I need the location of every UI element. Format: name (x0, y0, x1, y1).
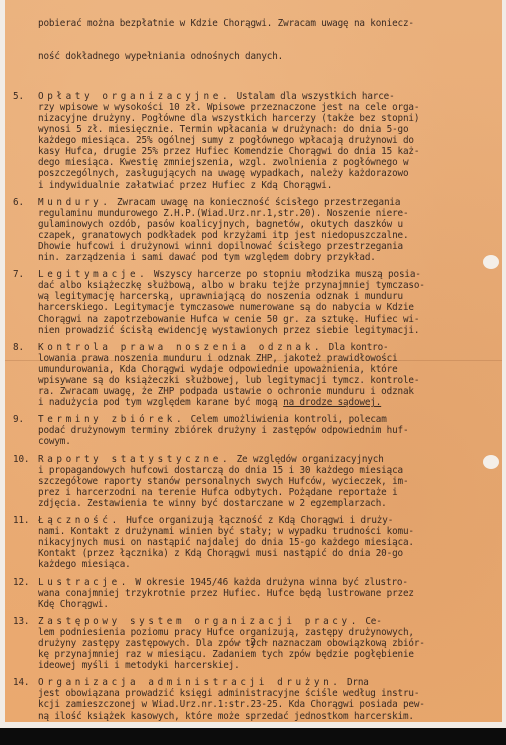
text-line: harcerskiego. Legitymacje tymczasowe num… (38, 302, 501, 313)
text-line: kasy Hufca, drugie 25% przez Hufiec Kome… (38, 146, 501, 157)
text-line: wynosi 5 zł. miesięcznie. Termin wpłacan… (38, 124, 501, 135)
scan-frame: pobierać można bezpłatnie w Kdzie Chorąg… (0, 0, 506, 728)
text-line: nami. Kontakt z drużynami winien być sta… (38, 526, 501, 537)
text-line: kę przynajmniej raz w miesiącu. Zadaniem… (38, 649, 501, 660)
section-number: 9. (13, 414, 37, 425)
text-line: Chorągwi na zapotrzebowanie Hufca w ceni… (38, 314, 501, 325)
text-line: wą legitymację harcerską, uprawniającą d… (38, 291, 501, 302)
section-heading: Łączność. (38, 515, 121, 526)
text-line: Ce- (360, 616, 382, 627)
typewritten-page: pobierać można bezpłatnie w Kdzie Chorąg… (5, 0, 502, 722)
section-number: 5. (13, 91, 37, 102)
section-number: 6. (13, 197, 37, 208)
text-line: szczegółowe raporty stanów personalnych … (38, 476, 501, 487)
text-line: czapek, granatowych podkładek pod krzyża… (38, 230, 501, 241)
section-heading: Mundury. (38, 197, 112, 208)
section-11: 11. Łączność. Hufce organizują łączność … (13, 515, 501, 570)
text-line: Wszyscy harcerze po stopniu młodzika mus… (148, 269, 420, 280)
section-heading: Lustracje. (38, 577, 130, 588)
underlined-phrase: na drodze sądowej. (283, 397, 381, 408)
section-number: 8. (13, 342, 37, 353)
document-body: pobierać można bezpłatnie w Kdzie Chorąg… (13, 0, 501, 722)
text-line: gulaminowych ozdób, pasów koalicyjnych, … (38, 219, 501, 230)
text-line: Kdę Chorągwi. (38, 599, 501, 610)
text-line: ideowej myśli i metodyki harcerskiej. (38, 660, 501, 671)
text-line: umundurowania, Kda Chorągwi wydaje odpow… (38, 364, 501, 375)
section-heading: Kontrola prawa noszenia odznak. (38, 342, 323, 353)
section-12: 12. Lustracje. W okresie 1945/46 każda d… (13, 577, 501, 610)
section-number: 10. (13, 454, 37, 465)
text-line: i nadużycia pod tym względem karane być … (38, 397, 283, 408)
section-9: 9. Terminy zbiórek. Celem umożliwienia k… (13, 414, 501, 447)
text-line: W okresie 1945/46 każda drużyna winna by… (130, 577, 408, 588)
text-line: Zwracam uwagę na konieczność ścisłego pr… (112, 197, 401, 208)
section-heading: Raporty statystyczne. (38, 454, 231, 465)
text-line: dego miesiąca. Kwestię zmniejszenia, wzg… (38, 157, 501, 168)
text-line: kcji zamieszczonej w Wiad.Urz.nr.1:str.2… (38, 699, 501, 710)
text-line: Celem umożliwienia kontroli, polecam (185, 414, 387, 425)
section-heading: Legitymacje. (38, 269, 148, 280)
text-line: ną ilość książek kasowych, które może sp… (38, 711, 501, 722)
text-line: nien prowadzić ścisłą ewidencję wystawio… (38, 325, 501, 336)
text-line: każdego miesiąca. (38, 559, 501, 570)
section-10: 10. Raporty statystyczne. Ze względów or… (13, 454, 501, 509)
text-line: Drna (342, 677, 369, 688)
section-6: 6. Mundury. Zwracam uwagę na konieczność… (13, 197, 501, 264)
text-line: Ustalam dla wszystkich harce- (231, 91, 394, 102)
text-line: rzy wpisowe w wysokości 10 zł. Wpisowe p… (38, 102, 501, 113)
text-line: i propagandowych hufcowi dostarczą do dn… (38, 465, 501, 476)
text-line: lowania prawa noszenia munduru i odznak … (38, 353, 501, 364)
section-7: 7. Legitymacje. Wszyscy harcerze po stop… (13, 269, 501, 336)
section-heading: Terminy zbiórek. (38, 414, 185, 425)
text-line: Hufce organizują łączność z Kdą Chorągwi… (121, 515, 393, 526)
section-5: 5. Opłaty organizacyjne. Ustalam dla wsz… (13, 91, 501, 191)
text-line: ra. Zwracam uwagę, że ZHP podpada ustawi… (38, 386, 501, 397)
section-14: 14. Organizacja administracji drużyn. Dr… (13, 677, 501, 722)
text-line: ność dokładnego wypełniania odnośnych da… (38, 51, 501, 62)
text-line: zdjęcia. Zestawienia te winny być dostar… (38, 498, 501, 509)
text-line: podać drużynowym terminy zbiórek drużyny… (38, 425, 501, 436)
text-line: i indywidualnie załatwiać przez Hufiec z… (38, 180, 501, 191)
text-line: poszczególnych, zasługujących na uwagę w… (38, 168, 501, 179)
section-number: 12. (13, 577, 37, 588)
intro-continuation: pobierać można bezpłatnie w Kdzie Chorąg… (13, 0, 501, 85)
text-line: prez i harcerzodni na terenie Hufca odby… (38, 487, 501, 498)
text-line: nin. zarządzenia i sami dawać pod tym wz… (38, 252, 501, 263)
section-8: 8. Kontrola prawa noszenia odznak. Dla k… (13, 342, 501, 409)
section-heading: Zastępowy system organizacji pracy. (38, 616, 360, 627)
section-number: 14. (13, 677, 37, 688)
text-line: cowym. (38, 436, 501, 447)
text-line: jest obowiązana prowadzić księgi adminis… (38, 688, 501, 699)
section-heading: Organizacja administracji drużyn. (38, 677, 342, 688)
text-line: wpisywane są do książeczki służbowej, lu… (38, 375, 501, 386)
text-line: Dla kontro- (323, 342, 388, 353)
text-line: Kontakt (przez łącznika) z Kdą Chorągwi … (38, 548, 501, 559)
section-heading: Opłaty organizacyjne. (38, 91, 231, 102)
text-line: wana conajmniej trzykrotnie przez Hufiec… (38, 588, 501, 599)
text-line: Dhowie hufcowi i drużynowi winni dopilno… (38, 241, 501, 252)
text-line: dać albo książeczkę służbową, albo w bra… (38, 280, 501, 291)
section-number: 13. (13, 616, 37, 627)
page-number: - 2 - (5, 637, 502, 648)
section-number: 7. (13, 269, 37, 280)
text-line: nizacyjne drużyny. Pogłówne dla wszystki… (38, 113, 501, 124)
text-line: pobierać można bezpłatnie w Kdzie Chorąg… (38, 18, 501, 29)
text-line: regulaminu mundurowego Z.H.P.(Wiad.Urz.n… (38, 208, 501, 219)
text-line: Ze względów organizacyjnych (231, 454, 384, 465)
text-line: każdego miesiąca. 25% ogólnej sumy z pog… (38, 135, 501, 146)
section-number: 11. (13, 515, 37, 526)
text-line: nikacyjnych musi on nastąpić najdalej do… (38, 537, 501, 548)
